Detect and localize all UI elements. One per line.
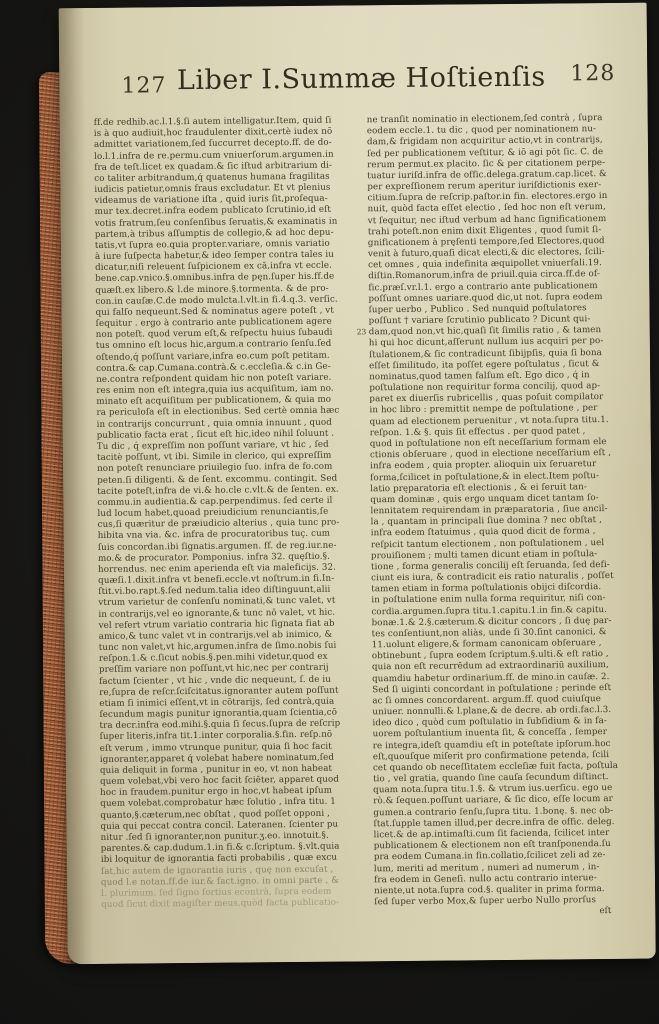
- right-text-column: 23 ne tranſit nominatio in electionem,ſe…: [367, 113, 638, 920]
- marginal-number: 23: [357, 328, 367, 337]
- folio-number-right: 128: [570, 61, 615, 86]
- text-line: quod ſicut dixit magiſter meus,quòd fact…: [101, 897, 364, 911]
- catchword: eſt: [374, 906, 637, 920]
- right-column-lines: ne tranſit nominatio in electionem,ſed c…: [367, 113, 638, 909]
- page-title: Liber I.Summæ Hoſtienſis: [93, 61, 629, 97]
- book-scan-photo: 127 Liber I.Summæ Hoſtienſis 128 ff.de r…: [0, 0, 659, 1024]
- running-head: 127 Liber I.Summæ Hoſtienſis 128: [93, 61, 629, 106]
- left-text-column: ff.de redhib.ac.l.1.§.ſi autem intelliga…: [94, 115, 365, 922]
- book-page: 127 Liber I.Summæ Hoſtienſis 128 ff.de r…: [59, 3, 656, 965]
- text-block: ff.de redhib.ac.l.1.§.ſi autem intelliga…: [94, 113, 638, 922]
